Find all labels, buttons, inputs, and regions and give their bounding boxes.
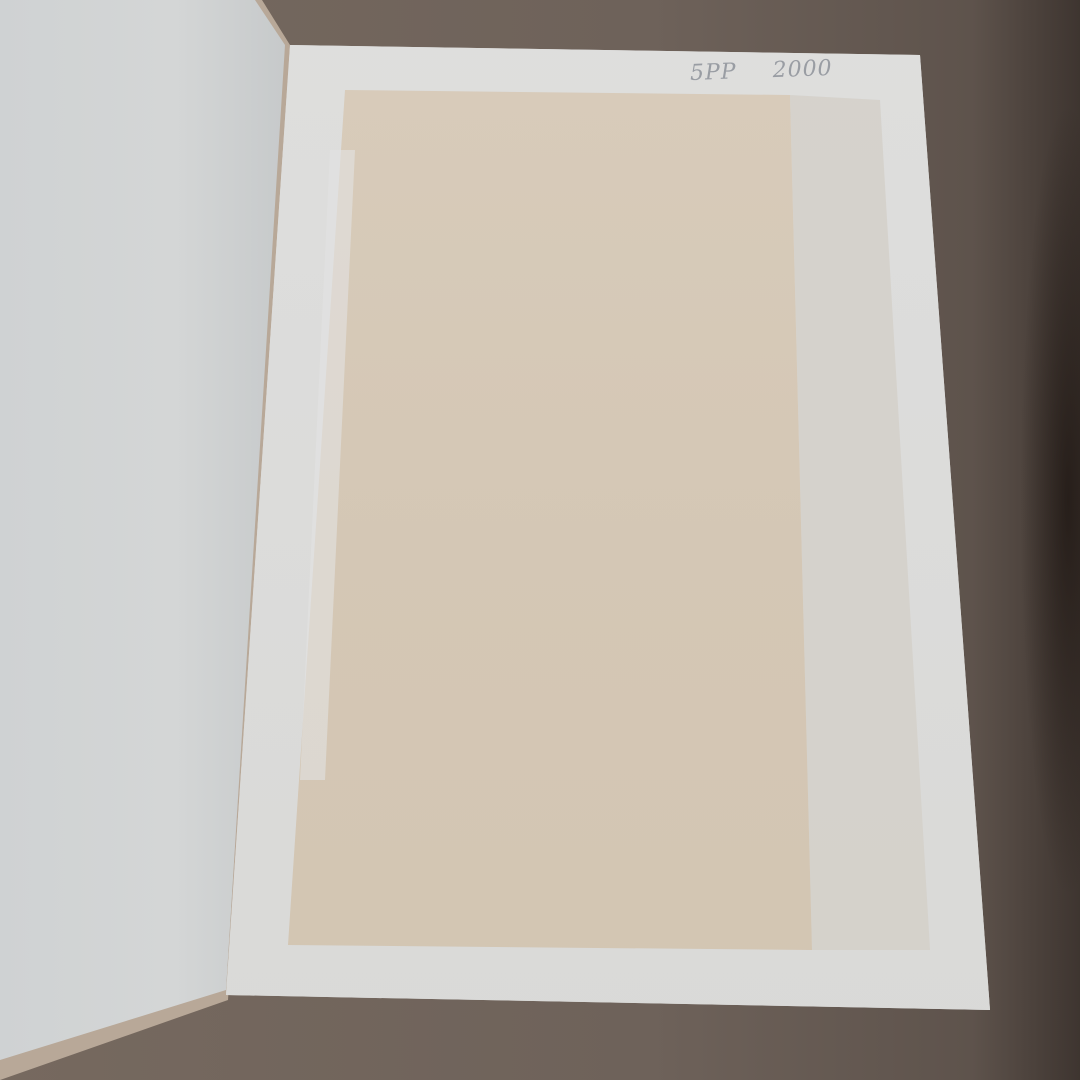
pencil-note-code: 5PP [690,59,737,86]
pencil-note-price: 2000 [772,56,833,83]
shadow [1020,100,1080,900]
